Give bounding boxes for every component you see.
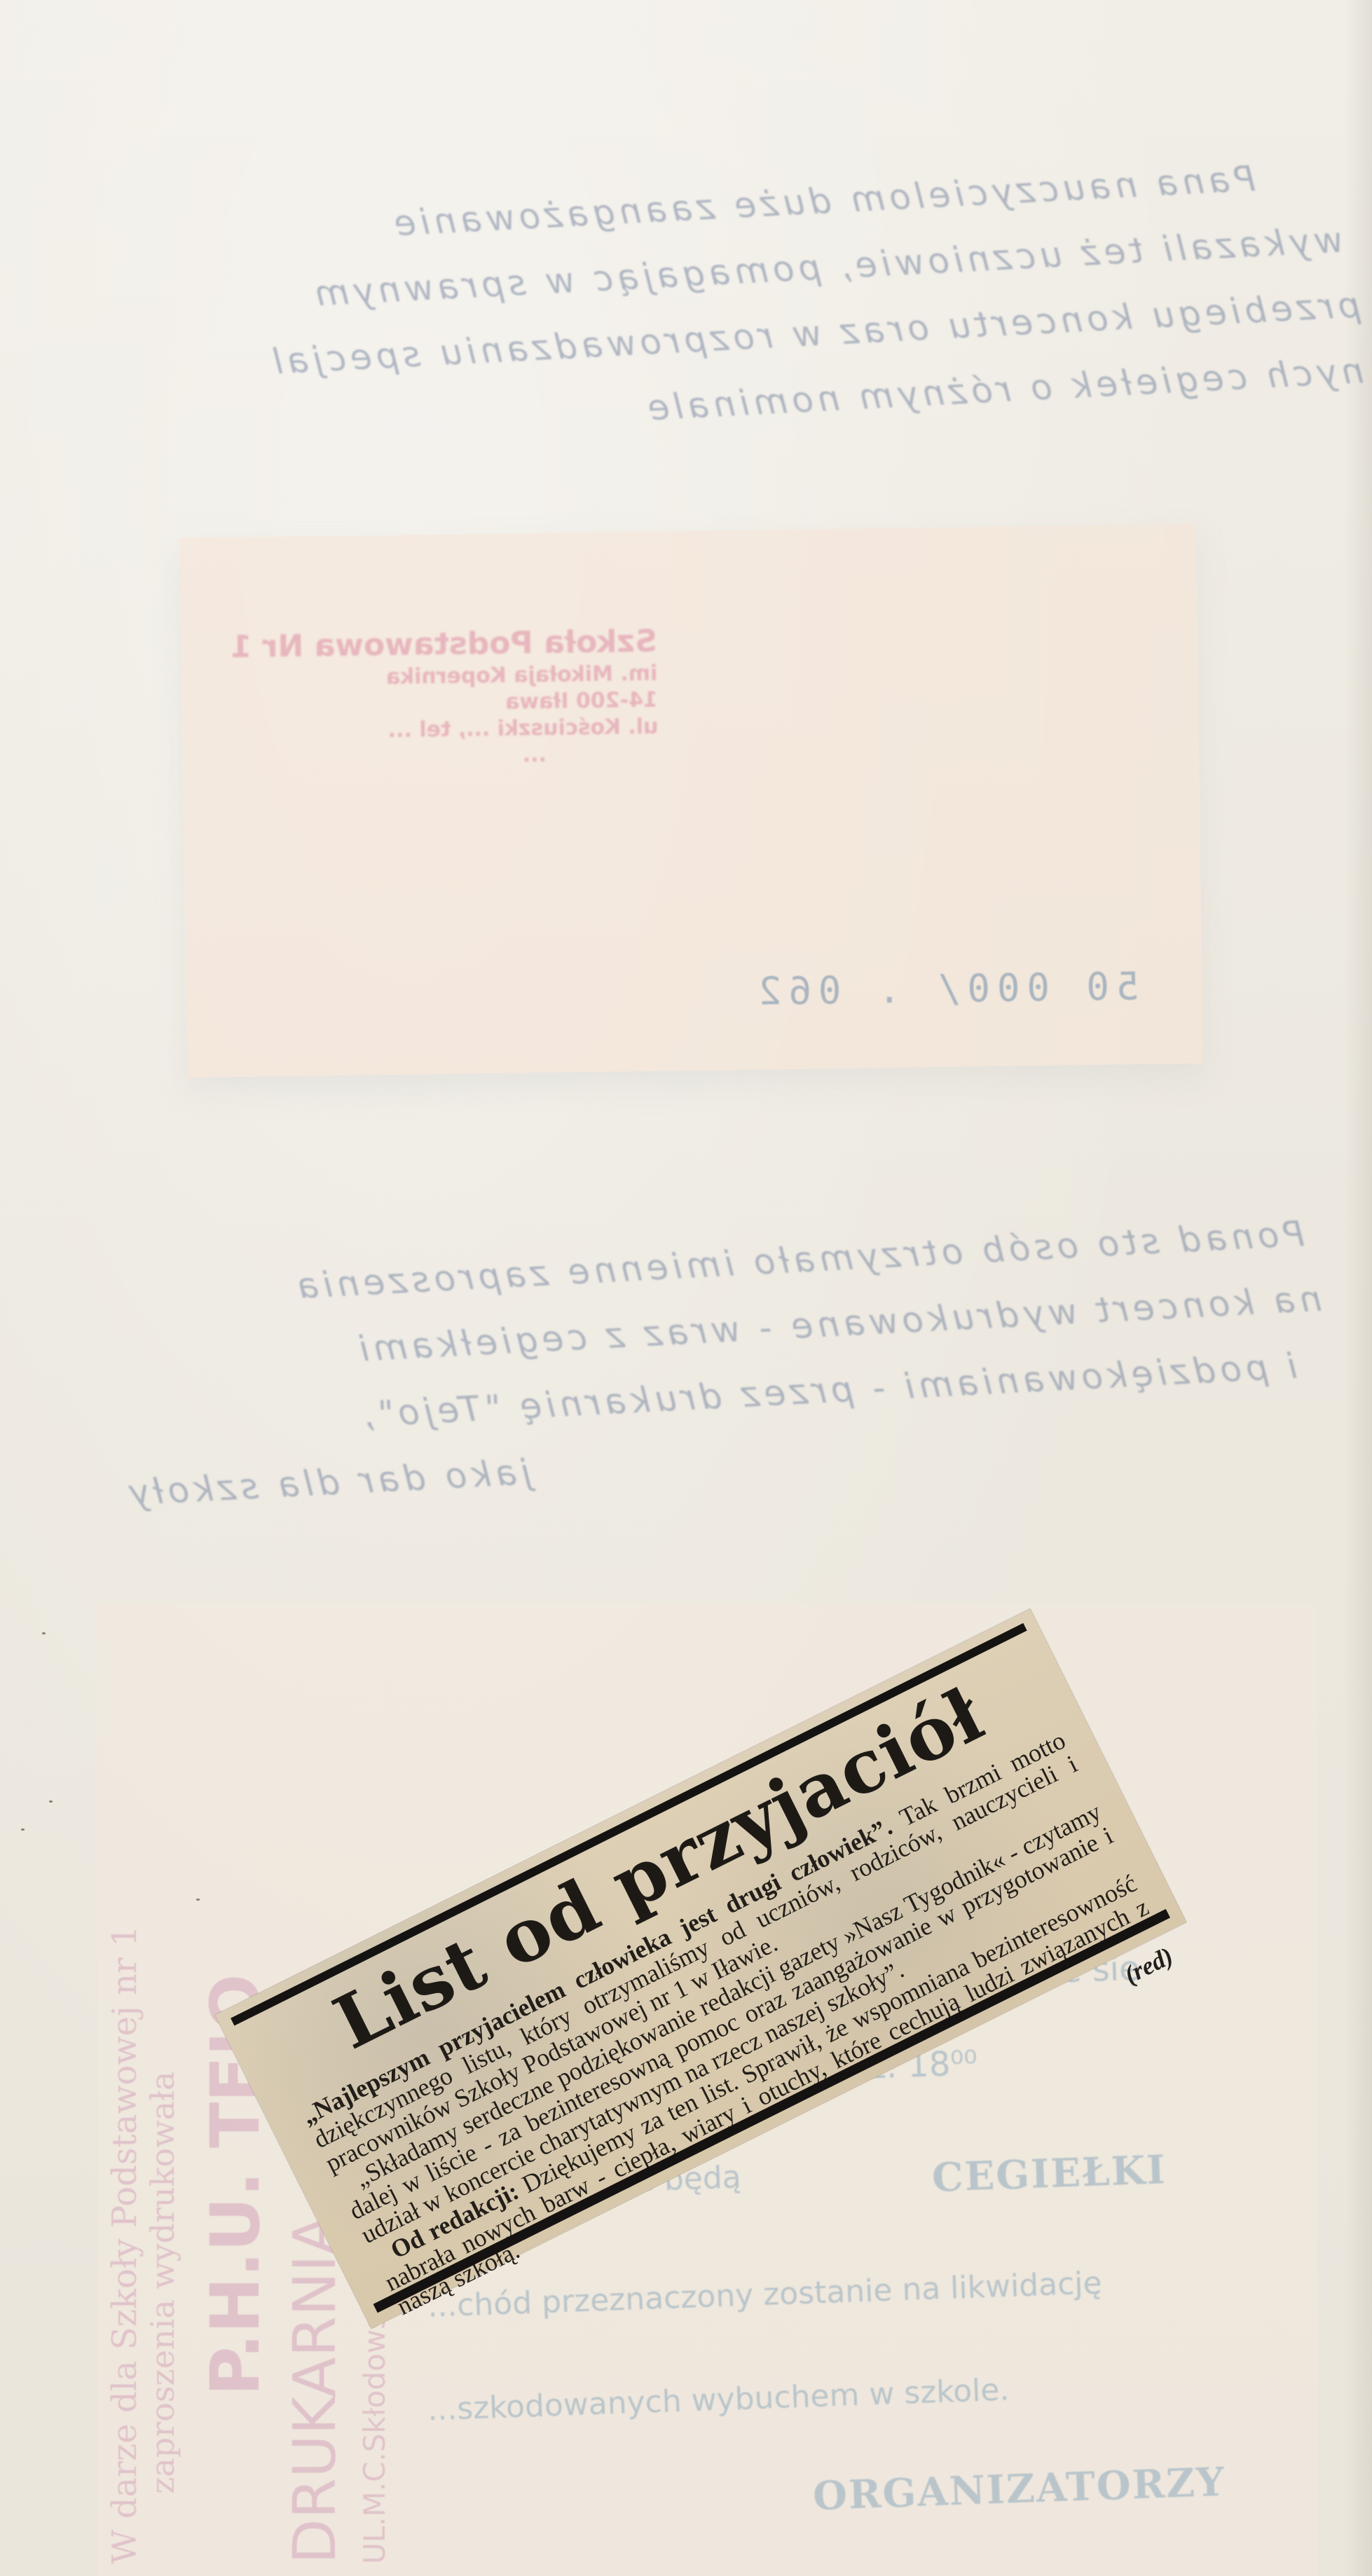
invite-line: ...szkodowanych wybuchem w szkole. xyxy=(427,2372,1010,2428)
mirrored-handwriting-top: Pana nauczycielom duże zaangażowanie wyk… xyxy=(22,141,1365,474)
serial-number: 50 000/ . 062 xyxy=(752,964,1139,1014)
scanned-page: Pana nauczycielom duże zaangażowanie wyk… xyxy=(0,0,1372,2576)
school-stamp: Szkoła Podstawowa Nr 1 im. Mikołaja Kope… xyxy=(231,623,659,773)
imprint-line: zaproszenia wydrukowała xyxy=(144,2072,181,2494)
bleed-through-card: Szkoła Podstawowa Nr 1 im. Mikołaja Kope… xyxy=(180,524,1204,1077)
dust-speck xyxy=(49,1800,53,1803)
organizatorzy-heading: ORGANIZATORZY xyxy=(812,2459,1226,2520)
stamp-line: ... xyxy=(232,741,659,773)
dust-speck xyxy=(21,1828,25,1831)
stamp-line: Szkoła Podstawowa Nr 1 xyxy=(231,623,658,666)
cegielki-heading: CEGIEŁKI xyxy=(931,2147,1167,2201)
imprint-line: W darze dla Szkoły Podstawowej nr 1 xyxy=(105,1925,144,2564)
dust-speck xyxy=(196,1899,200,1901)
dust-speck xyxy=(42,1632,46,1634)
mirrored-handwriting-middle: Ponad sto osób otrzymało imienne zaprosz… xyxy=(8,1198,1372,1531)
